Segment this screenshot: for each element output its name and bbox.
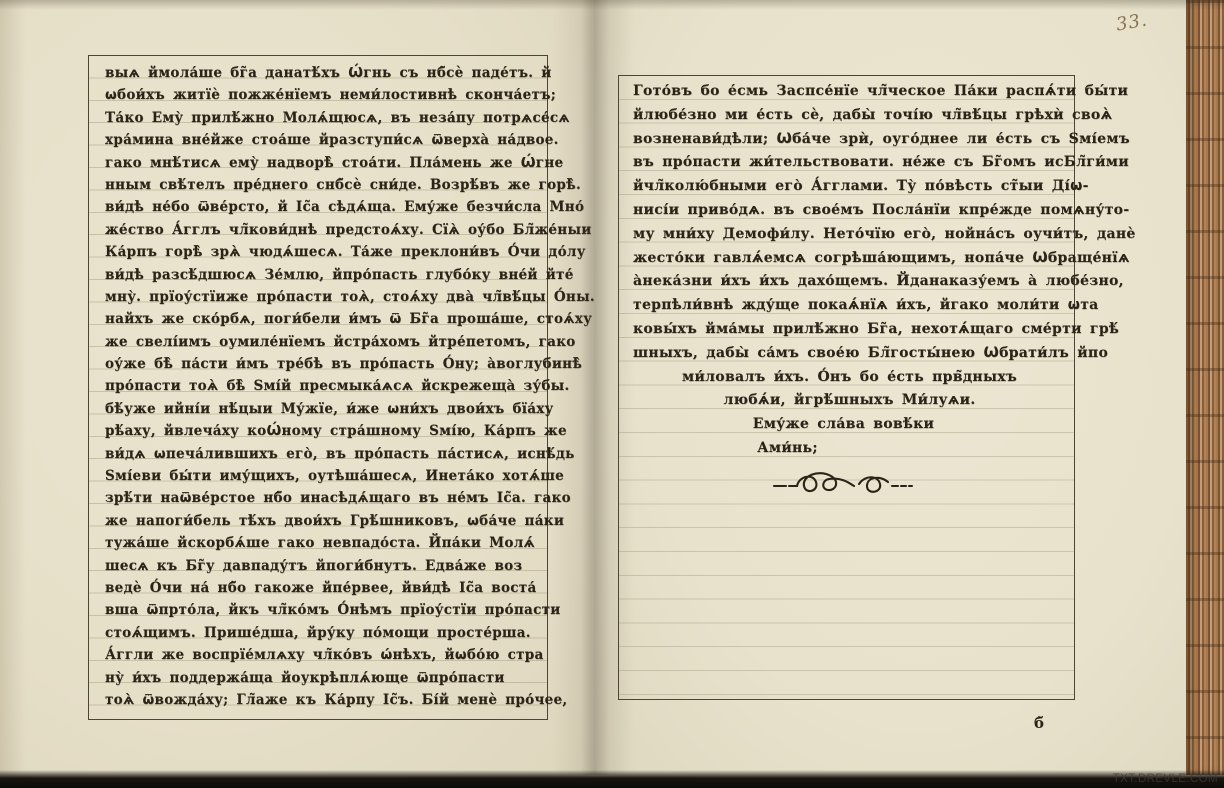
text-line: мну̀. прїоу́стїиже про́пасти тоѧ̀, стоѧ́… <box>105 286 539 308</box>
text-line: йлюбе́зно ми е́сть сѐ, дабы̀ точі́ю чл̃в… <box>633 104 1066 128</box>
text-line: же свелі́имъ оумиле́нїемъ йстра́хомъ йтр… <box>105 331 539 353</box>
text-line: ви́дѣ не́бо ѿве́рсто, й Іс̃а сѣдѧ́ща. Ем… <box>105 196 539 218</box>
text-line: оу́же бѣ̀ па́сти и́мъ тре́бѣ въ про́паст… <box>105 353 539 375</box>
text-line: же́ство А́гглъ чл̃кови́днѣ предстоѧ́ху. … <box>105 219 539 241</box>
page-fore-edge-stack <box>1186 0 1224 775</box>
text-line: въ про́пасти жи́тельствовати. не́же съ Б… <box>633 151 1066 175</box>
text-line: вша ѿпрто́ла, йкъ чл̃ко́мъ О́нѣмъ прїоу́… <box>105 599 539 621</box>
text-line: тоѧ̀ ѿвожда́ху; Гл̃аже къ Ка́рпу Іс̃ъ. Б… <box>105 689 539 711</box>
right-page: Гото́въ бо е́смь Заспсе́нїе чл̃ческое Па… <box>592 0 1186 788</box>
text-line: ковы́хъ йма́мы прилѣ́жно Бг̃а, нехотѧ́ща… <box>633 318 1066 342</box>
manuscript-scan: выѧ ймола́ше бг̃а данатѣ́хъ Ѡ́гнь съ нб̃… <box>0 0 1224 788</box>
left-page-text-frame: выѧ ймола́ше бг̃а данатѣ́хъ Ѡ́гнь съ нб̃… <box>88 55 548 720</box>
text-line: хра́мина вне́йже стоа́ше йразступи́сѧ ѿв… <box>105 129 539 151</box>
left-page: выѧ ймола́ше бг̃а данатѣ́хъ Ѡ́гнь съ нб̃… <box>0 0 592 788</box>
quire-signature-mark: б̃ <box>1034 714 1044 732</box>
text-line: му мни́ху Демофи́лу. Нето́чїю его̀, нойн… <box>633 223 1066 247</box>
text-line: возненави́дѣли; Ѡба́че зрѝ, оуго́днее ли… <box>633 128 1066 152</box>
text-line: ми́ловалъ и́хъ. О́нъ бо е́сть прв̃дныхъ <box>633 366 1066 390</box>
text-line: Гото́въ бо е́смь Заспсе́нїе чл̃ческое Па… <box>633 80 1066 104</box>
text-line: терпѣли́внѣ жду́ще покаѧ́нїѧ и́хъ, йгако… <box>633 294 1066 318</box>
site-watermark: TXT.DREVLE.COM <box>1113 773 1218 785</box>
text-line: Ка́рпъ горѣ̀ зрѧ̀ чюдѧ́шесѧ. Та́же прекл… <box>105 241 539 263</box>
text-line: ви́дѣ разсѣ́дшюсѧ Зе́млю, йпро́пасть глу… <box>105 264 539 286</box>
text-line: Ему́же сла́ва вовѣ́ки <box>627 413 1060 437</box>
text-line: ѡбои́хъ житїѐ пожже́нїемъ неми́лостивнѣ … <box>105 84 539 106</box>
text-line: ну̀ и́хъ поддержа́ща йоукрѣплѧ́юще ѿпро́… <box>105 667 539 689</box>
text-line: Та́ко Ему̀ прилѣ́жно Молѧ́щюсѧ, въ неза́… <box>105 107 539 129</box>
text-line: А́ггли же воспрїе́млѧху чл̃ко́въ ѡ́нѣхъ,… <box>105 644 539 666</box>
scan-bottom-shadow <box>0 770 1224 788</box>
text-line: йчл̃колю́бными его̀ А́гглами. Ту̀ по́вѣс… <box>633 175 1066 199</box>
text-line: стоѧ́щимъ. Прише́дша, йру́ку по́мощи про… <box>105 622 539 644</box>
text-line: любѧ́и, йгрѣ́шныхъ Ми́луѧи. <box>633 389 1066 413</box>
text-line: нисі́и приво́дѧ. въ свое́мъ Посла́нїи кп… <box>633 199 1066 223</box>
text-line: выѧ ймола́ше бг̃а данатѣ́хъ Ѡ́гнь съ нб̃… <box>105 62 539 84</box>
text-line: жесто́ки гавлѧ́емсѧ согрѣша́ющимъ, нопа́… <box>633 247 1066 271</box>
right-page-text-frame: Гото́въ бо е́смь Заспсе́нїе чл̃ческое Па… <box>618 75 1075 700</box>
text-line: шесѧ къ Бг̃у давпаду́тъ йпоги́бнутъ. Едв… <box>105 555 539 577</box>
text-line: рѣ́аху, йвлеча́ху коѠ́ному стра́шному Ѕм… <box>105 420 539 442</box>
text-line: бѣ́уже ийні́и нѣ́цыи Му́жїе, и́же ѡни́хъ… <box>105 398 539 420</box>
text-line: Ами́нь; <box>571 437 1004 461</box>
text-line: Ѕмі́еви бы́ти иму́щихъ, оутѣша́шесѧ, Ине… <box>105 465 539 487</box>
tailpiece-flourish-icon <box>772 469 972 497</box>
text-line: ви́дѧ ѡпеча́лившихъ его̀, въ про́пасть п… <box>105 443 539 465</box>
text-line: гако мнѣ́тисѧ ему̀ надворѣ̀ стоа́ти. Пла… <box>105 152 539 174</box>
text-line: ведѐ О́чи на́ нб̃о гакоже йпе́рвее, йви́… <box>105 577 539 599</box>
text-line: тужа́ше йскорбѧ́ше гако невпадо́ста. Йпа… <box>105 532 539 554</box>
text-line: про́пасти тоѧ̀ бѣ̀ Ѕмі́й пресмыка́ѧсѧ йс… <box>105 375 539 397</box>
text-line: а̀нека́зни и́хъ и́хъ дахо́щемъ. Йданаказ… <box>633 270 1066 294</box>
text-line: найхъ же ско́рбѧ, поги́бели и́мъ ѿ Бг̃а … <box>105 308 539 330</box>
text-line: нным свѣ́телъ пре́днего снб̃сѐ сни́де. В… <box>105 174 539 196</box>
text-line: же напоги́бель тѣ́хъ двои́хъ Грѣ́шниковъ… <box>105 510 539 532</box>
text-line: шныхъ, дабы̀ са́мъ свое́ю Бл̃госты́нею Ѡ… <box>633 342 1066 366</box>
text-line: зрѣ́ти наѿве́рстое нб̃о инасѣдѧ́щаго въ … <box>105 487 539 509</box>
